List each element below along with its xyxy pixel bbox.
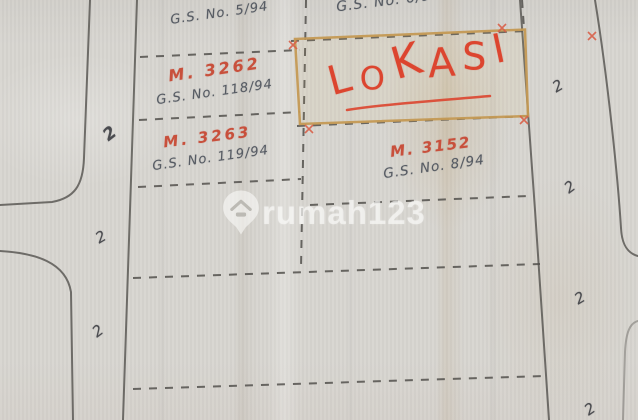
road-corner-upper-right [595,0,638,256]
road-corner-lower-left [0,251,73,420]
boundary-row-5 [133,376,545,389]
boundary-row-right [310,196,528,205]
road-corner-lower-right [623,321,638,420]
boundary-row-2 [139,112,300,120]
road-corner-upper-left [0,0,90,205]
road-edge-left-inner [123,0,137,420]
map-linework [0,0,638,420]
cadastral-map-photo: G.S. No. 5/94 G.S. No. 6/94 M. 3262 G.S.… [0,0,638,420]
corner-mark-icon [588,32,596,40]
boundary-row-4 [133,264,540,278]
corner-mark-icon [305,125,313,133]
boundary-row-1 [140,50,300,57]
boundary-row-3 [138,179,301,187]
